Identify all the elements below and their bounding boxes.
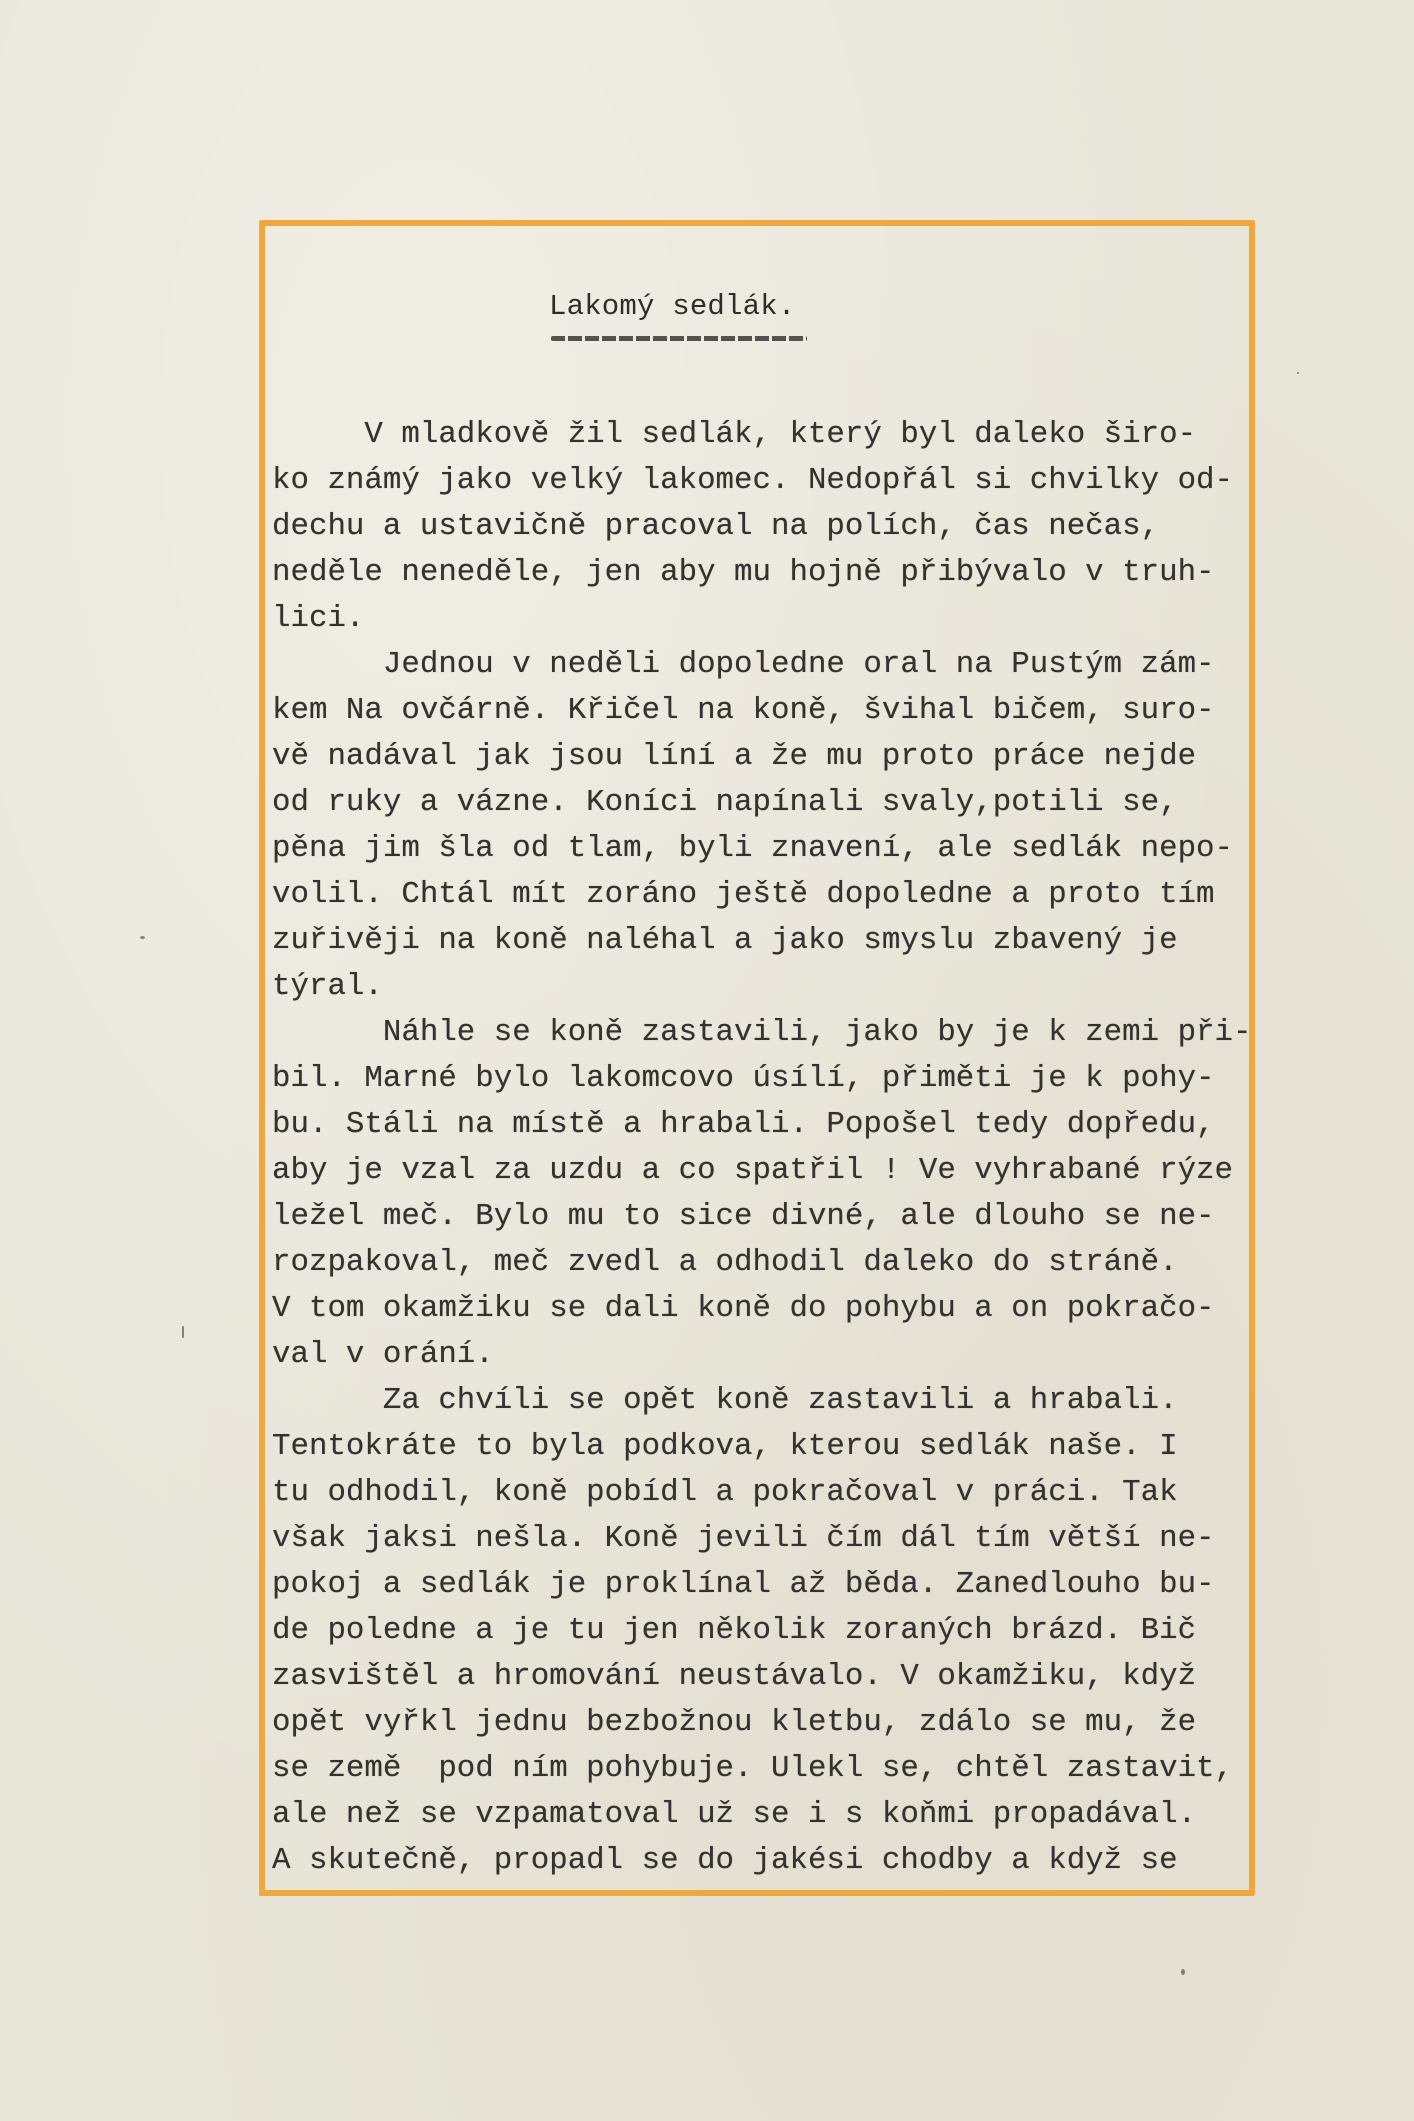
text-line: Náhle se koně zastavili, jako by je k ze… [272, 1010, 1252, 1056]
text-line: A skutečně, propadl se do jakési chodby … [272, 1838, 1252, 1884]
text-line: ko známý jako velký lakomec. Nedopřál si… [272, 458, 1252, 504]
text-line: pěna jim šla od tlam, byli znavení, ale … [272, 826, 1252, 872]
title-dashed-underline [551, 336, 807, 341]
text-line: bu. Stáli na místě a hrabali. Popošel te… [272, 1102, 1252, 1148]
text-line: však jaksi nešla. Koně jevili čím dál tí… [272, 1516, 1252, 1562]
text-line: V mladkově žil sedlák, který byl daleko … [272, 412, 1252, 458]
text-line: zasvištěl a hromování neustávalo. V okam… [272, 1654, 1252, 1700]
text-line: volil. Chtál mít zoráno ještě dopoledne … [272, 872, 1252, 918]
text-line: de poledne a je tu jen několik zoraných … [272, 1608, 1252, 1654]
text-line: Za chvíli se opět koně zastavili a hraba… [272, 1378, 1252, 1424]
text-line: tu odhodil, koně pobídl a pokračoval v p… [272, 1470, 1252, 1516]
text-line: od ruky a vázne. Koníci napínali svaly,p… [272, 780, 1252, 826]
paper-speck [182, 1326, 184, 1338]
text-line: Tentokráte to byla podkova, kterou sedlá… [272, 1424, 1252, 1470]
paper-speck [1181, 1969, 1185, 1975]
text-line: val v orání. [272, 1332, 1252, 1378]
text-line: ale než se vzpamatoval už se i s koňmi p… [272, 1792, 1252, 1838]
text-line: zuřivěji na koně naléhal a jako smyslu z… [272, 918, 1252, 964]
text-line: opět vyřkl jednu bezbožnou kletbu, zdálo… [272, 1700, 1252, 1746]
text-line: rozpakoval, meč zvedl a odhodil daleko d… [272, 1240, 1252, 1286]
document-title: Lakomý sedlák. [549, 291, 795, 323]
text-line: ležel meč. Bylo mu to sice divné, ale dl… [272, 1194, 1252, 1240]
text-line: týral. [272, 964, 1252, 1010]
text-line: lici. [272, 596, 1252, 642]
text-line: vě nadával jak jsou líní a že mu proto p… [272, 734, 1252, 780]
text-line: dechu a ustavičně pracoval na polích, ča… [272, 504, 1252, 550]
text-line: pokoj a sedlák je proklínal až běda. Zan… [272, 1562, 1252, 1608]
typewritten-body: V mladkově žil sedlák, který byl daleko … [272, 412, 1252, 1884]
paper-speck [140, 936, 145, 939]
paper-speck [1297, 372, 1299, 374]
text-line: bil. Marné bylo lakomcovo úsílí, přiměti… [272, 1056, 1252, 1102]
text-line: neděle neneděle, jen aby mu hojně přibýv… [272, 550, 1252, 596]
text-line: V tom okamžiku se dali koně do pohybu a … [272, 1286, 1252, 1332]
text-line: aby je vzal za uzdu a co spatřil ! Ve vy… [272, 1148, 1252, 1194]
text-line: se země pod ním pohybuje. Ulekl se, chtě… [272, 1746, 1252, 1792]
text-line: kem Na ovčárně. Křičel na koně, švihal b… [272, 688, 1252, 734]
text-line: Jednou v neděli dopoledne oral na Pustým… [272, 642, 1252, 688]
